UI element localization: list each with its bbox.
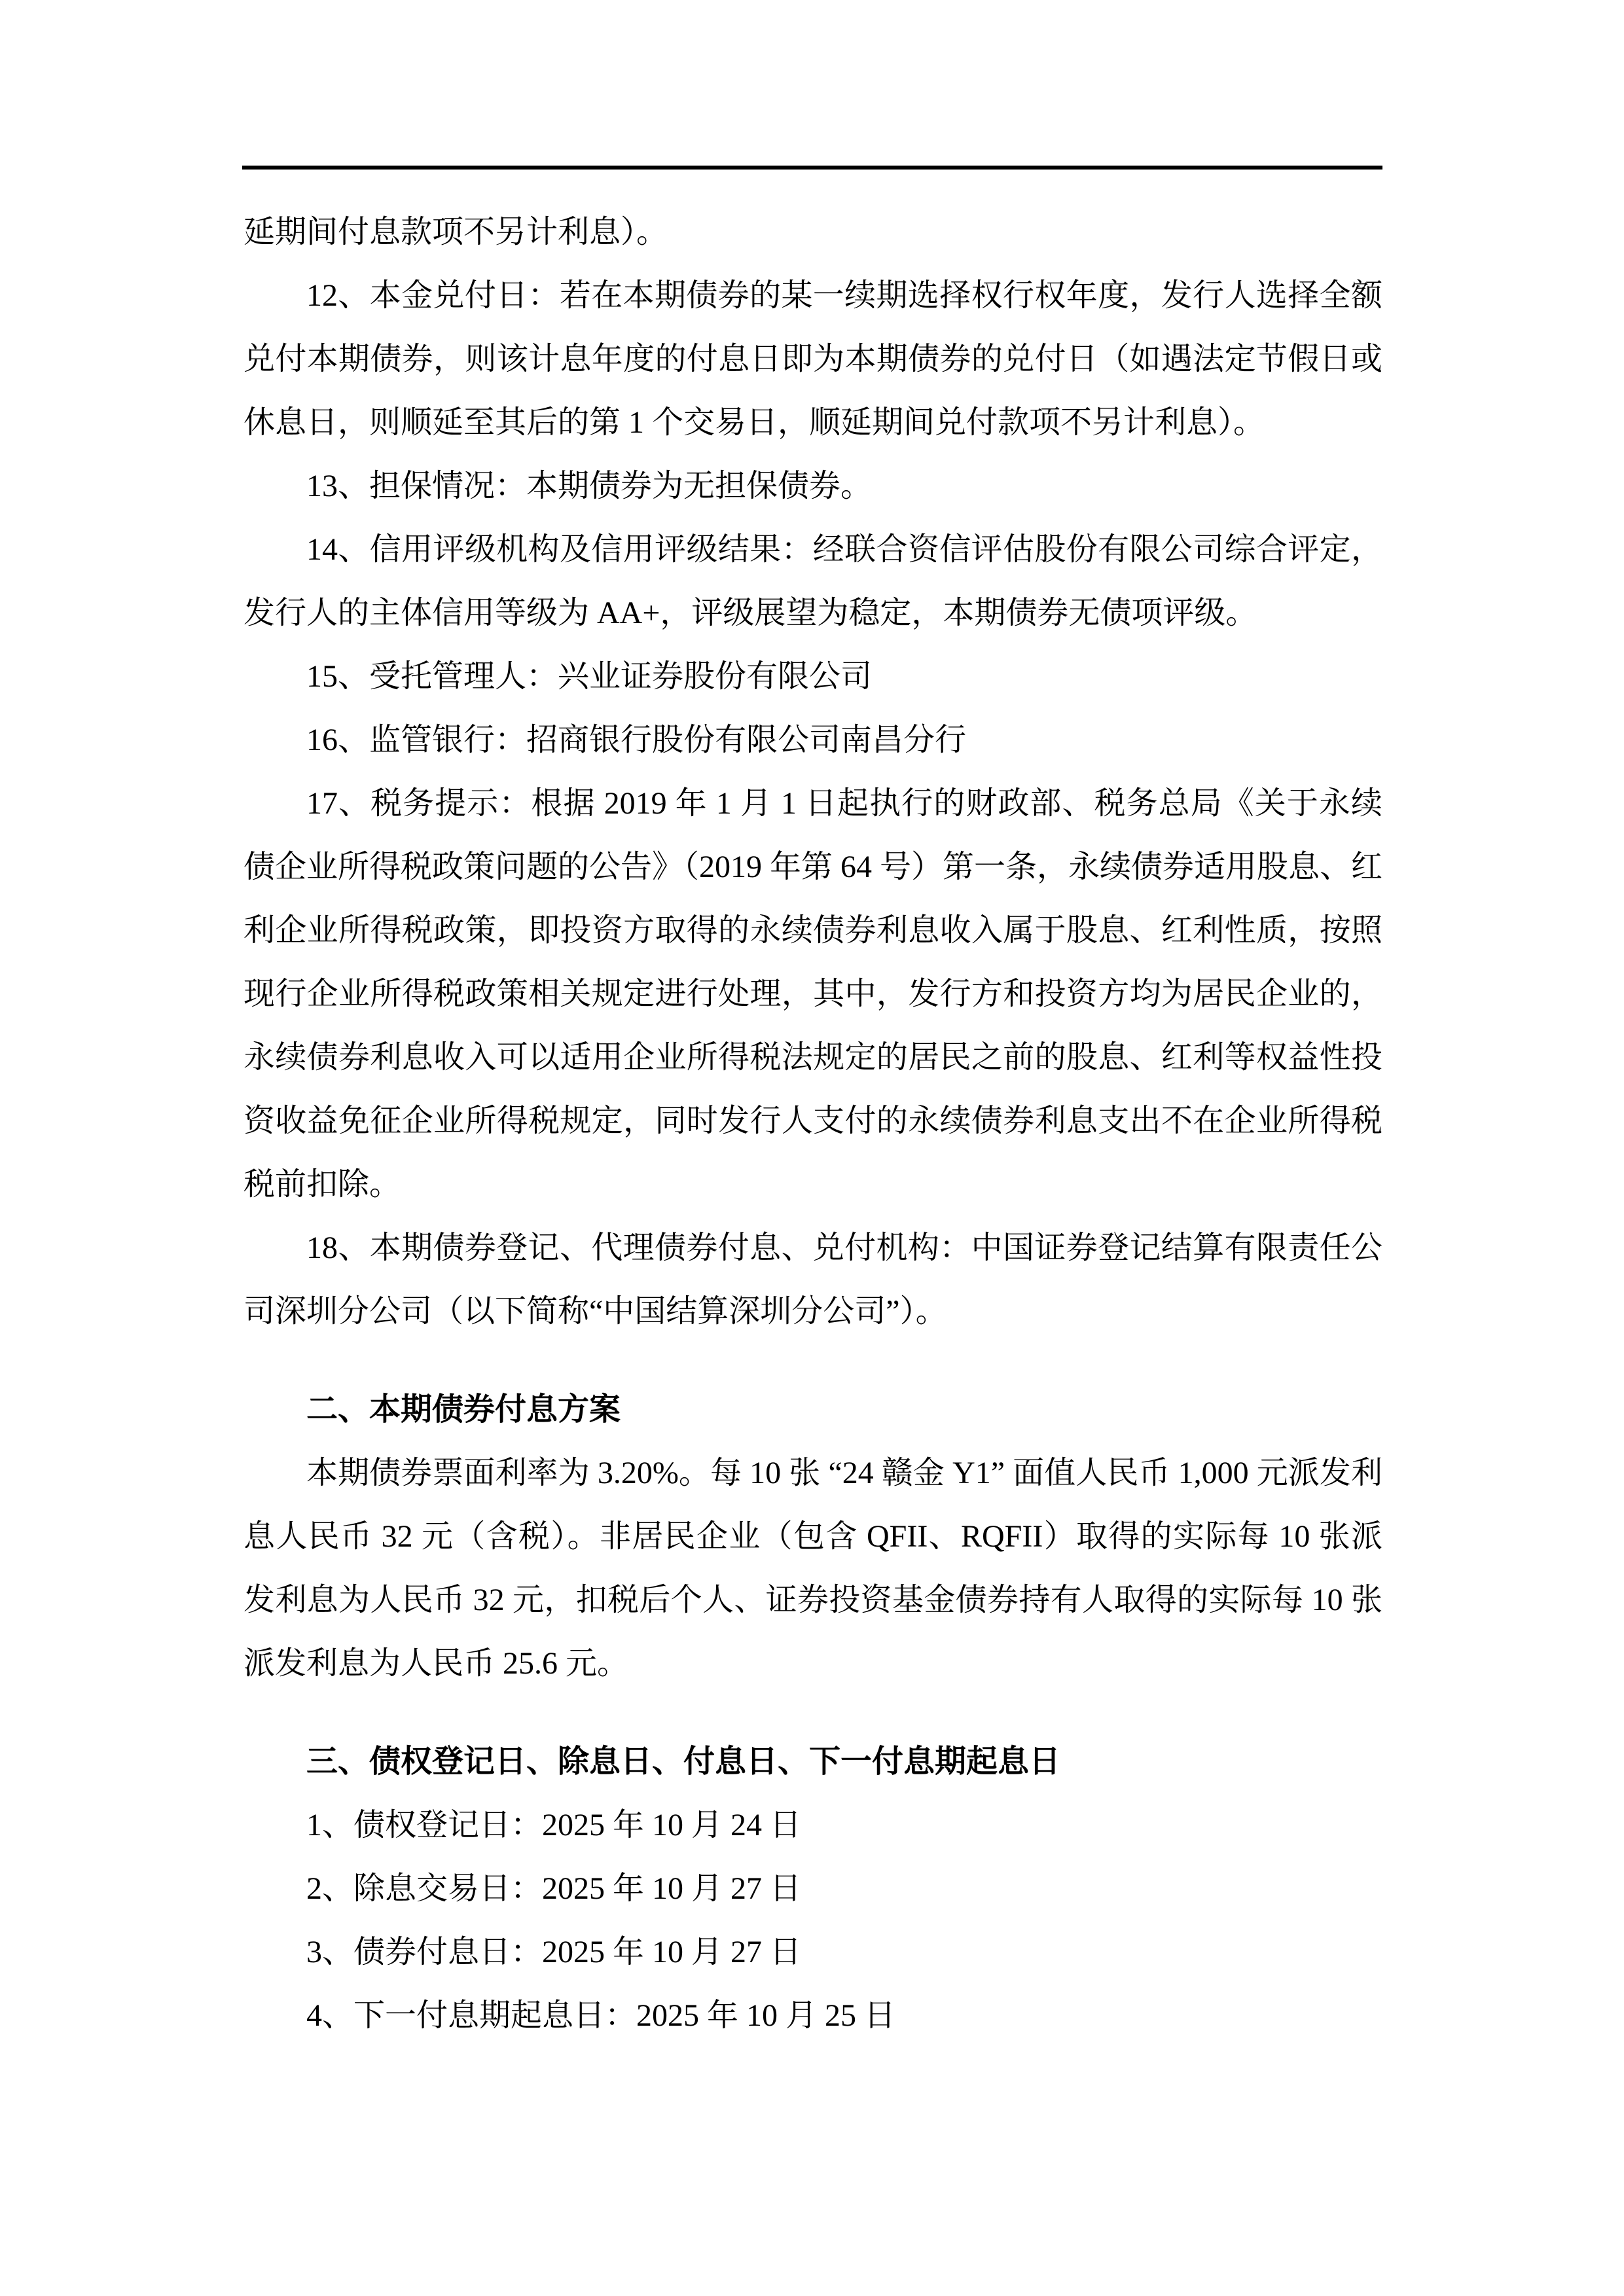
para-item-18-registration-agency: 18、本期债券登记、代理债券付息、兑付机构：中国证券登记结算有限责任公司深圳分公… (244, 1216, 1382, 1343)
section-heading-interest-payment-plan: 二、本期债券付息方案 (244, 1378, 1382, 1441)
para-interest-payment-date: 3、债券付息日：2025 年 10 月 27 日 (244, 1920, 1382, 1984)
document-body: 延期间付息款项不另计利息）。 12、本金兑付日：若在本期债券的某一续期选择权行权… (244, 200, 1382, 2047)
section-heading-key-dates: 三、债权登记日、除息日、付息日、下一付息期起息日 (244, 1730, 1382, 1793)
para-item-13-guarantee-status: 13、担保情况：本期债券为无担保债券。 (244, 454, 1382, 518)
document-page: 延期间付息款项不另计利息）。 12、本金兑付日：若在本期债券的某一续期选择权行权… (0, 0, 1624, 2296)
para-item-15-trustee: 15、受托管理人：兴业证券股份有限公司 (244, 645, 1382, 708)
para-item-12-principal-redemption-date: 12、本金兑付日：若在本期债券的某一续期选择权行权年度，发行人选择全额兑付本期债… (244, 264, 1382, 454)
para-ex-interest-date: 2、除息交易日：2025 年 10 月 27 日 (244, 1857, 1382, 1920)
para-item-17-tax-notice: 17、税务提示：根据 2019 年 1 月 1 日起执行的财政部、税务总局《关于… (244, 772, 1382, 1216)
para-item-16-supervising-bank: 16、监管银行：招商银行股份有限公司南昌分行 (244, 708, 1382, 772)
para-debt-registration-date: 1、债权登记日：2025 年 10 月 24 日 (244, 1793, 1382, 1857)
para-interest-payment-plan: 本期债券票面利率为 3.20%。每 10 张 “24 赣金 Y1” 面值人民币 … (244, 1441, 1382, 1695)
para-continuation: 延期间付息款项不另计利息）。 (244, 200, 1382, 264)
header-rule (242, 166, 1382, 170)
para-next-interest-period-start-date: 4、下一付息期起息日：2025 年 10 月 25 日 (244, 1984, 1382, 2047)
para-item-14-credit-rating: 14、信用评级机构及信用评级结果：经联合资信评估股份有限公司综合评定，发行人的主… (244, 518, 1382, 645)
